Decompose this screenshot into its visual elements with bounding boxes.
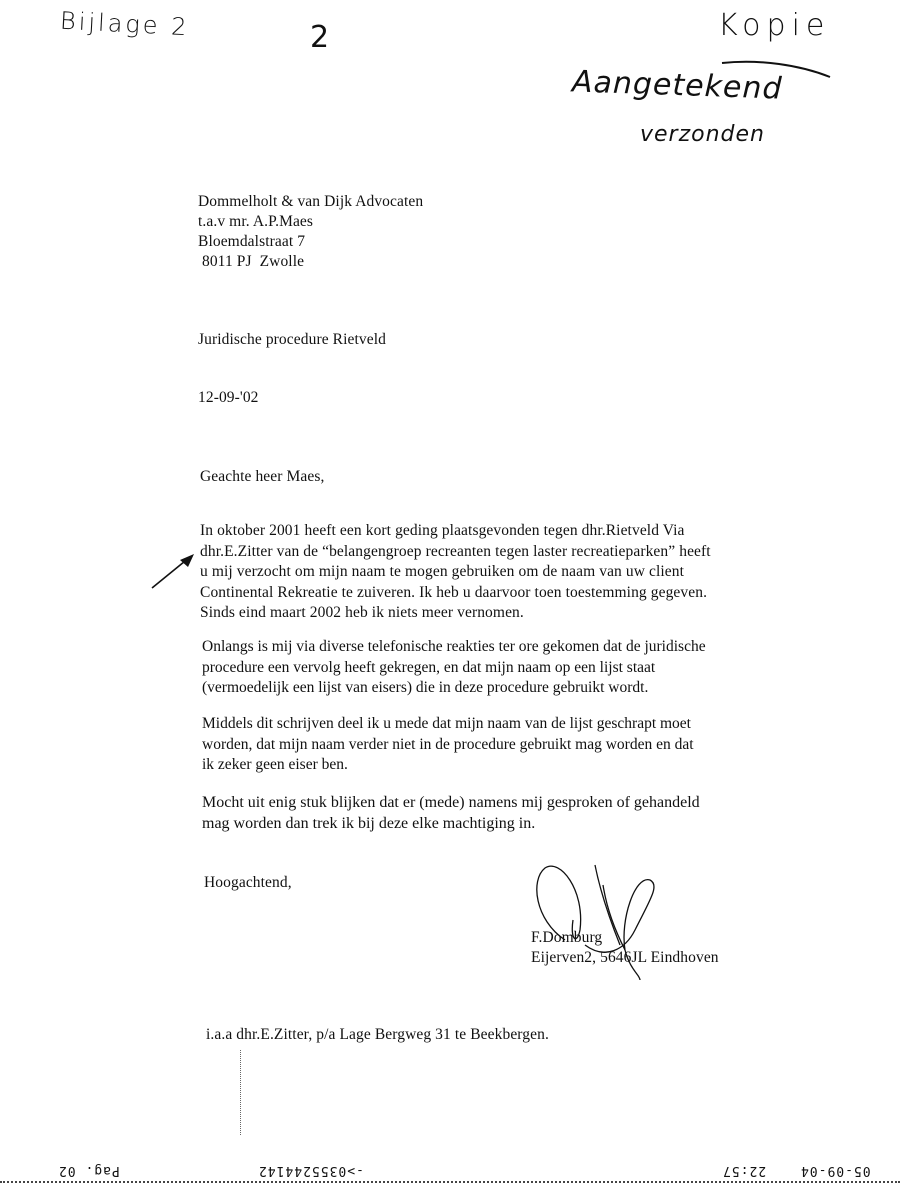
handwritten-page-number: 2	[310, 20, 329, 55]
paragraph-line: Middels dit schrijven deel ik u mede dat…	[202, 714, 792, 735]
handwritten-kopie-stamp: Kopie	[718, 8, 830, 43]
recipient-address: Dommelholt & van Dijk Advocaten t.a.v mr…	[198, 192, 423, 272]
subject-line: Juridische procedure Rietveld	[198, 330, 386, 350]
body-paragraph-4: Mocht uit enig stuk blijken dat er (mede…	[202, 793, 792, 834]
recipient-city: 8011 PJ Zwolle	[198, 252, 423, 272]
margin-arrow-icon	[150, 552, 200, 592]
paragraph-line: worden, dat mijn naam verder niet in de …	[202, 735, 792, 756]
fax-phone-number: ->0355244142	[258, 1163, 364, 1178]
paragraph-line: Onlangs is mij via diverse telefonische …	[202, 637, 792, 658]
scan-artifact-dots	[240, 1050, 241, 1135]
handwritten-aangetekend-note: Aangetekend	[571, 64, 783, 106]
paragraph-line: procedure een vervolg heeft gekregen, en…	[202, 658, 792, 679]
fax-time: 22:57	[722, 1163, 766, 1178]
paragraph-line: dhr.E.Zitter van de “belangengroep recre…	[200, 542, 790, 563]
paragraph-line: mag worden dan trek ik bij deze elke mac…	[202, 814, 792, 835]
paragraph-line: Mocht uit enig stuk blijken dat er (mede…	[202, 793, 792, 814]
fax-page-number: Pag. 02	[58, 1163, 120, 1178]
handwritten-bijlage-note: Bijlage 2	[59, 7, 190, 42]
handwritten-verzonden-note: verzonden	[640, 122, 765, 147]
recipient-attention: t.a.v mr. A.P.Maes	[198, 212, 423, 232]
body-paragraph-2: Onlangs is mij via diverse telefonische …	[202, 637, 792, 699]
recipient-firm: Dommelholt & van Dijk Advocaten	[198, 192, 423, 212]
paragraph-line: (vermoedelijk een lijst van eisers) die …	[202, 678, 792, 699]
body-paragraph-1: In oktober 2001 heeft een kort geding pl…	[200, 521, 790, 624]
body-paragraph-3: Middels dit schrijven deel ik u mede dat…	[202, 714, 792, 776]
fax-header-rule	[0, 1181, 900, 1183]
salutation: Geachte heer Maes,	[200, 467, 324, 487]
signatory-address: Eijerven2, 5646JL Eindhoven	[531, 948, 719, 968]
cc-line: i.a.a dhr.E.Zitter, p/a Lage Bergweg 31 …	[206, 1025, 549, 1045]
letter-date: 12-09-'02	[198, 388, 259, 408]
signatory-name: F.Domburg	[531, 928, 602, 948]
paragraph-line: In oktober 2001 heeft een kort geding pl…	[200, 521, 790, 542]
paragraph-line: ik zeker geen eiser ben.	[202, 755, 792, 776]
paragraph-line: Continental Rekreatie te zuiveren. Ik he…	[200, 583, 790, 604]
paragraph-line: Sinds eind maart 2002 heb ik niets meer …	[200, 603, 790, 624]
recipient-street: Bloemdalstraat 7	[198, 232, 423, 252]
closing: Hoogachtend,	[204, 873, 292, 893]
paragraph-line: u mij verzocht om mijn naam te mogen geb…	[200, 562, 790, 583]
fax-date: 05-09-04	[800, 1163, 871, 1178]
